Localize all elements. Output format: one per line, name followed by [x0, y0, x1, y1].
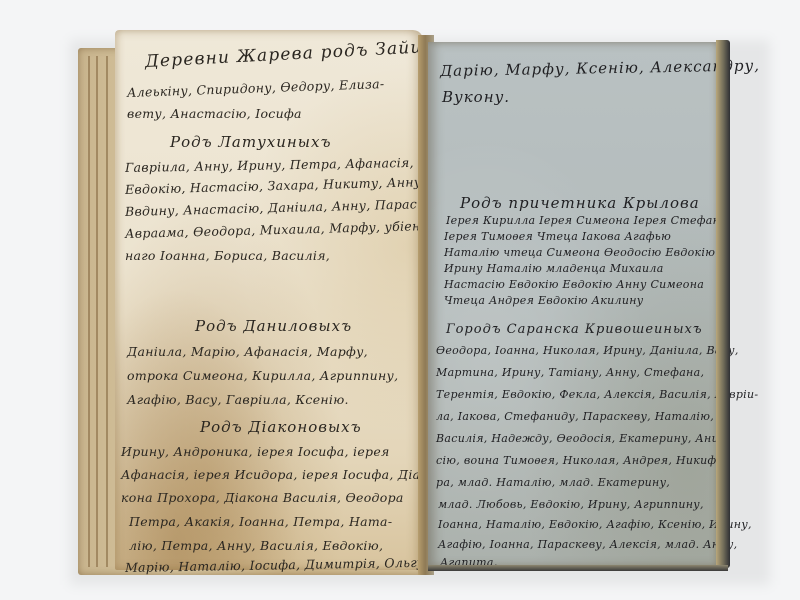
manuscript-line: Петра, Акакія, Іоанна, Петра, Ната- — [129, 514, 392, 529]
manuscript-line: Іерея Кирилла Іерея Симеона Іерея Стефан… — [446, 214, 727, 227]
page-edge — [96, 56, 98, 567]
manuscript-line: Настасію Евдокію Евдокію Анну Симеона — [444, 278, 704, 291]
manuscript-line: Чтеца Андрея Евдокію Акилину — [444, 294, 643, 307]
section-heading: Городъ Саранска Кривошеиныхъ — [446, 322, 703, 337]
manuscript-line: лію, Петра, Анну, Василія, Евдокію, — [129, 538, 383, 553]
right-page-edge — [716, 40, 730, 568]
manuscript-line: отрока Симеона, Кирилла, Агриппину, — [127, 368, 398, 383]
manuscript-line: сію, воина Тимоѳея, Николая, Андрея, Ник… — [436, 454, 727, 467]
manuscript-line: Наталію чтеца Симеона Өеодосію Евдокію — [444, 246, 715, 259]
manuscript-line: наго Іоанна, Бориса, Василія, — [125, 248, 330, 263]
manuscript-line: Гавріила, Анну, Ирину, Петра, Афанасія, — [125, 155, 414, 175]
manuscript-line: Евдокію, Настасію, Захара, Никиту, Анну, — [125, 174, 426, 197]
manuscript-line: Алеькіну, Спиридону, Өедору, Елиза- — [127, 76, 385, 100]
section-heading: Родъ Діаконовыхъ — [200, 418, 362, 436]
manuscript-line: Терентія, Евдокію, Фекла, Алексія, Васил… — [436, 388, 758, 401]
manuscript-line: кона Прохора, Діакона Василія, Өеодора — [121, 490, 404, 505]
left-page: Деревни Жарева родъ Зайцевъ Алеькіну, Сп… — [115, 30, 423, 570]
section-heading: Родъ причетника Крылова — [460, 194, 700, 212]
page-title: Деревни Жарева родъ Зайцевъ — [144, 36, 458, 72]
section-heading: Родъ Даниловыхъ — [195, 317, 352, 335]
manuscript-line: Вукону. — [442, 88, 510, 106]
manuscript-line: вету, Анастасію, Іосифа — [127, 106, 302, 121]
page-edge — [88, 56, 90, 567]
manuscript-line: Даніила, Марію, Афанасія, Марфу, — [127, 344, 368, 359]
manuscript-line: ра, млад. Наталію, млад. Екатерину, — [436, 476, 670, 489]
page-edge — [106, 56, 108, 567]
manuscript-line: Іоанна, Наталію, Евдокію, Агафію, Ксенію… — [438, 518, 752, 531]
manuscript-line: Ввдину, Анастасію, Даніила, Анну, Параск… — [125, 195, 452, 219]
book-bottom-edge — [428, 565, 728, 571]
manuscript-line: Агафію, Васу, Гавріила, Ксенію. — [127, 392, 349, 407]
right-page: Дарію, Марфу, Ксенію, Александру, Вукону… — [428, 42, 718, 567]
manuscript-line: Іерея Тимоѳея Чтеца Іакова Агафью — [444, 230, 671, 243]
manuscript-line: Ирину Наталію младенца Михаила — [444, 262, 664, 275]
manuscript-line: Дарію, Марфу, Ксенію, Александру, — [440, 56, 760, 80]
manuscript-line: ла, Іакова, Стефаниду, Параскеву, Наталі… — [436, 410, 714, 423]
section-heading: Родъ Латухиныхъ — [170, 133, 331, 151]
manuscript-line: Ирину, Андроника, іерея Іосифа, іерея — [121, 444, 390, 459]
manuscript-line: Өеодора, Іоанна, Николая, Ирину, Даніила… — [436, 344, 739, 357]
manuscript-line: Василія, Надежду, Өеодосія, Екатерину, А… — [436, 432, 729, 445]
manuscript-line: Агафію, Іоанна, Параскеву, Алексія, млад… — [438, 538, 737, 551]
manuscript-line: Афанасія, іерея Исидора, іерея Іосифа, Д… — [121, 467, 425, 482]
manuscript-line: Авраама, Өеодора, Михаила, Марфу, убіен- — [125, 218, 425, 241]
manuscript-line: млад. Любовь, Евдокію, Ирину, Агриппину, — [438, 498, 704, 511]
manuscript-line: Мартина, Ирину, Татіану, Анну, Стефана, — [436, 366, 704, 379]
